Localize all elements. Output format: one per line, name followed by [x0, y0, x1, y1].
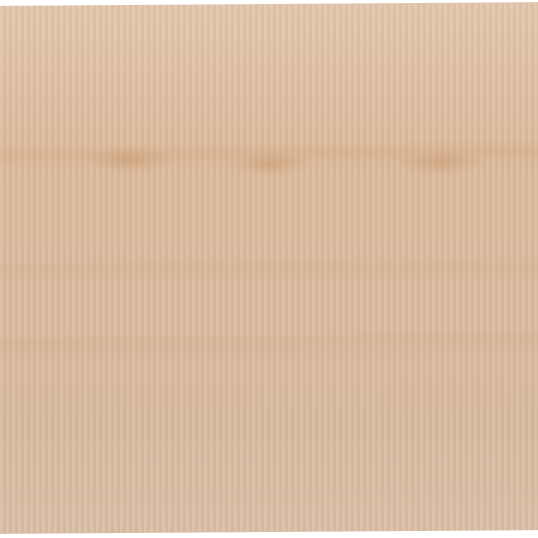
beige-rug	[0, 2, 538, 534]
image-canvas: Plain beige/tan solid-color rug with sof…	[0, 0, 538, 538]
